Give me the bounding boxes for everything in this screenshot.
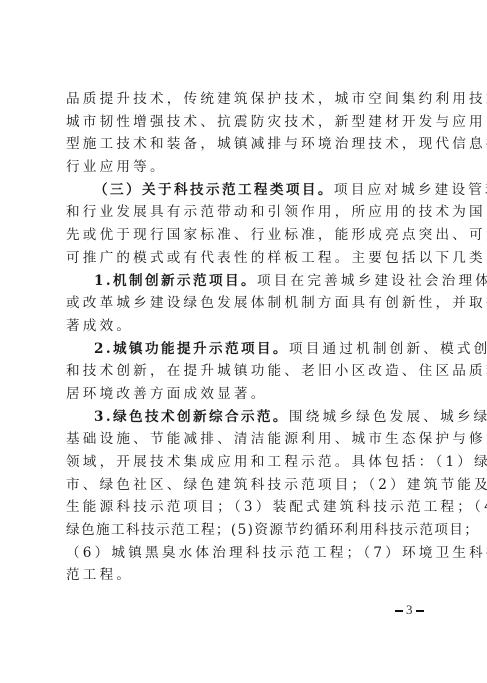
text-line: 可推广的模式或有代表性的样板工程。主要包括以下几类： [66,247,418,270]
text-line: 先或优于现行国家标准、行业标准，能形成亮点突出、可复制、 [66,224,418,247]
document-body: 品质提升技术，传统建筑保护技术，城市空间集约利用技术， 城市韧性增强技术、抗震防… [66,88,418,587]
dash-right [416,610,424,612]
text-line: 品质提升技术，传统建筑保护技术，城市空间集约利用技术， [66,88,418,111]
text-line: 型施工技术和装备，城镇减排与环境治理技术，现代信息技术 [66,133,418,156]
page-number-value: 3 [406,602,413,617]
text-line: 行业应用等。 [66,156,418,179]
item-heading-line: 2.城镇功能提升示范项目。项目通过机制创新、模式创新 [66,338,418,361]
page-number: 3 [392,602,427,618]
text-line: 著成效。 [66,315,418,338]
text-line: 居环境改善方面成效显著。 [66,383,418,406]
text-line: 城市韧性增强技术、抗震防灾技术，新型建材开发与应用，新 [66,111,418,134]
text-line: 和技术创新，在提升城镇功能、老旧小区改造、住区品质和人 [66,360,418,383]
section-heading-line: （三）关于科技示范工程类项目。项目应对城乡建设管理 [66,179,418,202]
text-line: 基础设施、节能减排、清洁能源利用、城市生态保护与修复等 [66,428,418,451]
text-fragment: 项目应对城乡建设管理 [334,182,487,198]
text-line: 绿色施工科技示范工程；(5)资源节约循环利用科技示范项目； [66,519,418,542]
item-heading-line: 1.机制创新示范项目。项目在完善城乡建设社会治理体系 [66,270,418,293]
text-line: 领域，开展技术集成应用和工程示范。具体包括：（1）绿色城 [66,451,418,474]
text-line: （6）城镇黑臭水体治理科技示范工程；（7）环境卫生科技示 [66,542,418,565]
text-line: 或改革城乡建设绿色发展体制机制方面具有创新性，并取得显 [66,292,418,315]
text-fragment: 项目在完善城乡建设社会治理体系 [257,273,487,289]
item-heading: 3.绿色技术创新综合示范。 [94,409,289,425]
text-fragment: 围绕城乡绿色发展、城乡绿色 [289,409,487,425]
text-line: 和行业发展具有示范带动和引领作用，所应用的技术为国内领 [66,201,418,224]
text-fragment: 项目通过机制创新、模式创新 [289,341,487,357]
dash-left [395,610,403,612]
section-heading: （三）关于科技示范工程类项目。 [94,182,334,198]
item-heading: 2.城镇功能提升示范项目。 [94,341,289,357]
text-line: 市、绿色社区、绿色建筑科技示范项目；（2）建筑节能及可再 [66,474,418,497]
item-heading: 1.机制创新示范项目。 [94,273,257,289]
text-line: 范工程。 [66,564,418,587]
text-line: 生能源科技示范项目；（3）装配式建筑科技示范工程；（4） [66,496,418,519]
item-heading-line: 3.绿色技术创新综合示范。围绕城乡绿色发展、城乡绿色 [66,406,418,429]
document-page: 品质提升技术，传统建筑保护技术，城市空间集约利用技术， 城市韧性增强技术、抗震防… [0,0,487,683]
